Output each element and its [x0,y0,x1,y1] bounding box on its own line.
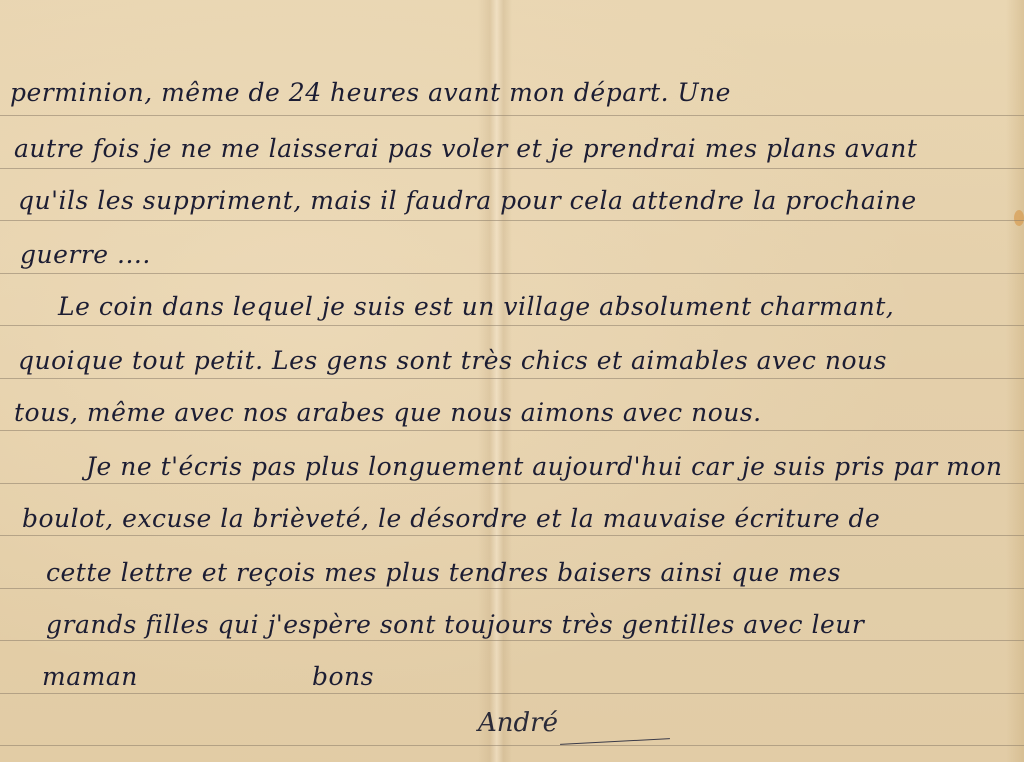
ruled-line [0,325,1024,326]
ruled-line [0,588,1024,589]
letter-line-12: maman [42,662,138,691]
letter-line-9: boulot, excuse la brièveté, le désordre … [22,504,880,533]
ruled-line [0,220,1024,221]
letter-line-3: qu'ils les suppriment, mais il faudra po… [18,186,917,215]
ruled-line [0,273,1024,274]
ruled-line [0,430,1024,431]
stain-spot [1014,210,1024,226]
ruled-line [0,640,1024,641]
letter-page: perminion, même de 24 heures avant mon d… [0,0,1024,762]
signature: André [478,708,558,738]
signature-underline [560,738,670,745]
letter-line-7: tous, même avec nos arabes que nous aimo… [14,398,762,427]
ruled-line [0,168,1024,169]
ruled-line [0,535,1024,536]
ruled-line [0,115,1024,116]
letter-line-1: perminion, même de 24 heures avant mon d… [10,78,731,107]
ruled-line [0,378,1024,379]
letter-line-10: cette lettre et reçois mes plus tendres … [46,558,841,587]
letter-line-11: grands filles qui j'espère sont toujours… [46,610,864,639]
ruled-line [0,745,1024,746]
ruled-line [0,693,1024,694]
ruled-line [0,483,1024,484]
letter-line-13: bons [312,662,374,691]
letter-line-2: autre fois je ne me laisserai pas voler … [14,134,917,163]
letter-line-4: guerre .... [20,240,151,269]
letter-line-6: quoique tout petit. Les gens sont très c… [18,346,887,375]
letter-line-5: Le coin dans lequel je suis est un villa… [58,292,894,321]
letter-line-8: Je ne t'écris pas plus longuement aujour… [86,452,1003,481]
